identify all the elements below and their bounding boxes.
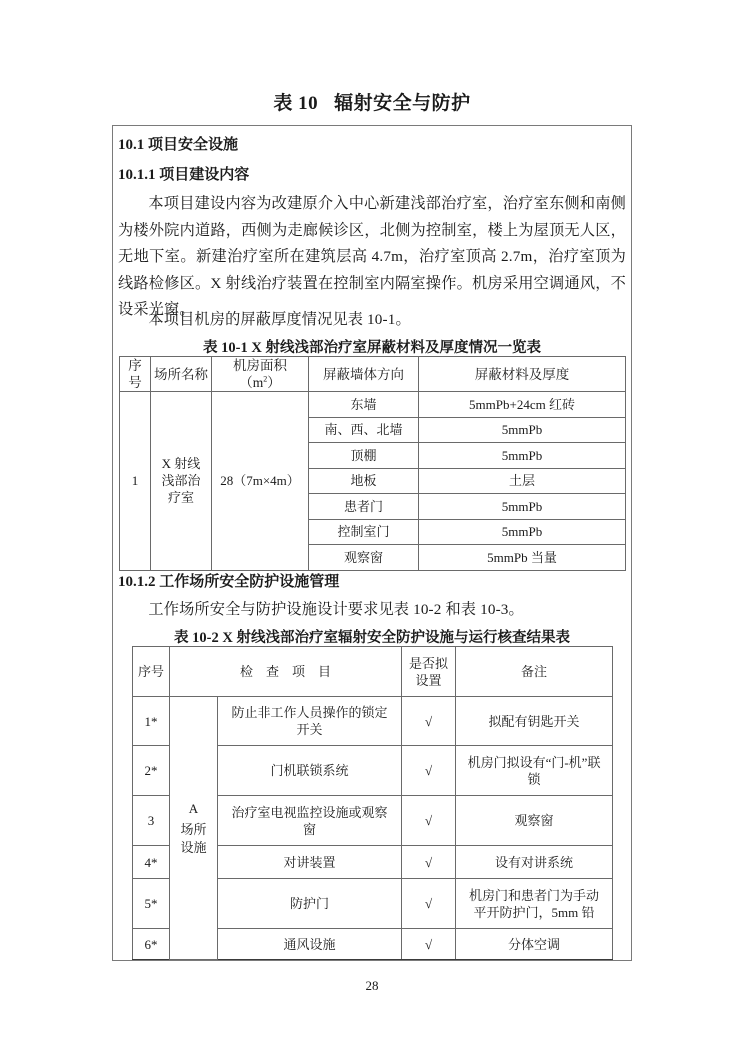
cell-material: 5mmPb	[419, 417, 626, 443]
cell-seq: 5*	[133, 879, 170, 929]
cell-remark: 分体空调	[456, 929, 613, 960]
table-10-1-shielding: 序号 场所名称 机房面积（m2） 屏蔽墙体方向 屏蔽材料及厚度 1 X 射线浅部…	[119, 356, 626, 571]
cell-item: 门机联锁系统	[218, 746, 402, 796]
paragraph-project-content: 本项目建设内容为改建原介入中心新建浅部治疗室，治疗室东侧和南侧为楼外院内道路，西…	[118, 191, 626, 324]
header-wall-direction: 屏蔽墙体方向	[309, 357, 419, 392]
cell-item: 对讲装置	[218, 846, 402, 879]
cell-planned: √	[402, 796, 456, 846]
page-title: 表 10辐射安全与防护	[0, 88, 744, 115]
table-10-2-caption: 表 10-2 X 射线浅部治疗室辐射安全防护设施与运行核查结果表	[112, 626, 632, 647]
cell-direction: 患者门	[309, 494, 419, 520]
section-heading-10-1-1: 10.1.1 项目建设内容	[118, 163, 249, 184]
cell-seq: 1	[120, 392, 151, 571]
header-seq: 序号	[120, 357, 151, 392]
cell-category: A 场所设施	[170, 697, 218, 960]
cell-seq: 3	[133, 796, 170, 846]
header-site-name: 场所名称	[151, 357, 212, 392]
cell-seq: 6*	[133, 929, 170, 960]
cell-remark: 拟配有钥匙开关	[456, 697, 613, 746]
cell-seq: 1*	[133, 697, 170, 746]
header-remark: 备注	[456, 647, 613, 697]
cell-item: 防护门	[218, 879, 402, 929]
cell-direction: 观察窗	[309, 545, 419, 571]
header-area-close: ）	[267, 375, 281, 390]
cell-item: 治疗室电视监控设施或观察窗	[218, 796, 402, 846]
cell-remark: 设有对讲系统	[456, 846, 613, 879]
cell-direction: 地板	[309, 468, 419, 494]
header-area: 机房面积（m2）	[212, 357, 309, 392]
cell-direction: 顶棚	[309, 443, 419, 469]
cell-remark: 机房门拟设有“门-机”联锁	[456, 746, 613, 796]
title-number: 表 10	[273, 93, 318, 114]
table-10-2-safety-check: 序号 检 查 项 目 是否拟设置 备注 1* A 场所设施 防止非工作人员操作的…	[132, 646, 613, 960]
header-planned: 是否拟设置	[402, 647, 456, 697]
cell-planned: √	[402, 879, 456, 929]
header-material: 屏蔽材料及厚度	[419, 357, 626, 392]
cell-planned: √	[402, 746, 456, 796]
category-code: A	[172, 800, 215, 817]
section-heading-10-1: 10.1 项目安全设施	[118, 133, 238, 154]
cell-planned: √	[402, 929, 456, 960]
cell-seq: 2*	[133, 746, 170, 796]
cell-item: 防止非工作人员操作的锁定开关	[218, 697, 402, 746]
cell-remark: 机房门和患者门为手动平开防护门，5mm 铅	[456, 879, 613, 929]
cell-material: 5mmPb	[419, 519, 626, 545]
table-row: 1 X 射线浅部治疗室 28（7m×4m） 东墙 5mmPb+24cm 红砖	[120, 392, 626, 418]
cell-material: 5mmPb	[419, 494, 626, 520]
cell-planned: √	[402, 846, 456, 879]
title-text: 辐射安全与防护	[334, 93, 471, 114]
table-row: 1* A 场所设施 防止非工作人员操作的锁定开关 √ 拟配有钥匙开关	[133, 697, 613, 746]
cell-remark: 观察窗	[456, 796, 613, 846]
cell-material: 5mmPb	[419, 443, 626, 469]
cell-material: 5mmPb+24cm 红砖	[419, 392, 626, 418]
page-number: 28	[0, 978, 744, 994]
header-seq: 序号	[133, 647, 170, 697]
table-header-row: 序号 场所名称 机房面积（m2） 屏蔽墙体方向 屏蔽材料及厚度	[120, 357, 626, 392]
cell-direction: 南、西、北墙	[309, 417, 419, 443]
cell-planned: √	[402, 697, 456, 746]
cell-area: 28（7m×4m）	[212, 392, 309, 571]
cell-direction: 东墙	[309, 392, 419, 418]
category-name: 场所设施	[172, 821, 215, 857]
header-check-item: 检 查 项 目	[170, 647, 402, 697]
section-heading-10-1-2: 10.1.2 工作场所安全防护设施管理	[118, 570, 339, 591]
cell-direction: 控制室门	[309, 519, 419, 545]
cell-material: 5mmPb 当量	[419, 545, 626, 571]
paragraph-shield-reference: 本项目机房的屏蔽厚度情况见表 10-1。	[118, 307, 626, 334]
cell-seq: 4*	[133, 846, 170, 879]
cell-item: 通风设施	[218, 929, 402, 960]
cell-material: 土层	[419, 468, 626, 494]
table-header-row: 序号 检 查 项 目 是否拟设置 备注	[133, 647, 613, 697]
table-10-1-caption: 表 10-1 X 射线浅部治疗室屏蔽材料及厚度情况一览表	[112, 336, 632, 357]
cell-site-name: X 射线浅部治疗室	[151, 392, 212, 571]
paragraph-design-requirements: 工作场所安全与防护设施设计要求见表 10-2 和表 10-3。	[118, 597, 626, 624]
